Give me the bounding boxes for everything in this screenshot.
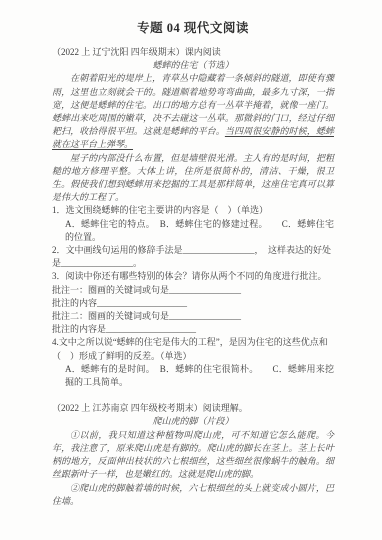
section-2-source: （2022 上 江苏南京 四年级校考期末）阅读理解。: [52, 402, 334, 415]
passage-paragraph-1: 在朝着阳光的堤岸上，青草丛中隐藏着一条倾斜的隧道，即使有骤雨，这里也立刻就会干的…: [52, 72, 334, 151]
question-2: 2．文中画线句运用的修辞手法是________________， 这样表达的好处…: [52, 244, 334, 270]
passage-paragraph-4: ②爬山虎的脚触着墙的时候，六七根细丝的头上就变成小圆片，巴住墙。: [52, 482, 334, 508]
annotation-2-keyline: 批注二：圈画的关键词或句是________________: [52, 310, 334, 323]
annotation-1-keyline: 批注一：圈画的关键词或句是________________: [52, 284, 334, 297]
annotation-2-content: 批注的内容是____________________: [52, 323, 334, 336]
section-1-passage-title: 蟋蟀的住宅（节选）: [52, 59, 334, 72]
section-2: （2022 上 江苏南京 四年级校考期末）阅读理解。 爬山虎的脚（片段） ①以前…: [52, 402, 334, 508]
section-1-source: （2022 上 辽宁沈阳 四年级期末）课内阅读: [52, 46, 334, 59]
question-3: 3．阅读中你还有哪些特别的体会？请你从两个不同的角度进行批注。: [52, 270, 334, 283]
section-1: （2022 上 辽宁沈阳 四年级期末）课内阅读 蟋蟀的住宅（节选） 在朝着阳光的…: [52, 46, 334, 389]
worksheet-page: 专题 04 现代文阅读 （2022 上 辽宁沈阳 四年级期末）课内阅读 蟋蟀的住…: [0, 0, 382, 540]
section-2-passage-title: 爬山虎的脚（片段）: [52, 415, 334, 428]
question-1-options: A．蟋蟀住宅的特点。 B．蟋蟀住宅的修建过程。 C．蟋蟀住宅的位置。: [52, 218, 334, 244]
question-4-options: A．蟋蟀有的是时间。 B．蟋蟀的住宅很简朴。 C．蟋蟀用来挖掘的工具简单。: [52, 363, 334, 389]
question-4: 4.文中之所以说“蟋蟀的住宅是伟大的工程”，是因为住宅的这些优点和（ ）形成了鲜…: [52, 336, 334, 362]
annotation-1-content: 批注的内容____________________: [52, 297, 334, 310]
passage-paragraph-3: ①以前，我只知道这种植物叫爬山虎，可不知道它怎么能爬。今年，我注意了，原来爬山虎…: [52, 429, 334, 482]
page-title: 专题 04 现代文阅读: [52, 20, 334, 37]
passage-paragraph-2: 屋子的内部没什么布置，但是墙壁很光滑。主人有的是时间，把粗糙的地方修理平整。大体…: [52, 152, 334, 205]
question-1: 1．选文围绕蟋蟀的住宅主要讲的内容是（ ）（单选）: [52, 204, 334, 217]
